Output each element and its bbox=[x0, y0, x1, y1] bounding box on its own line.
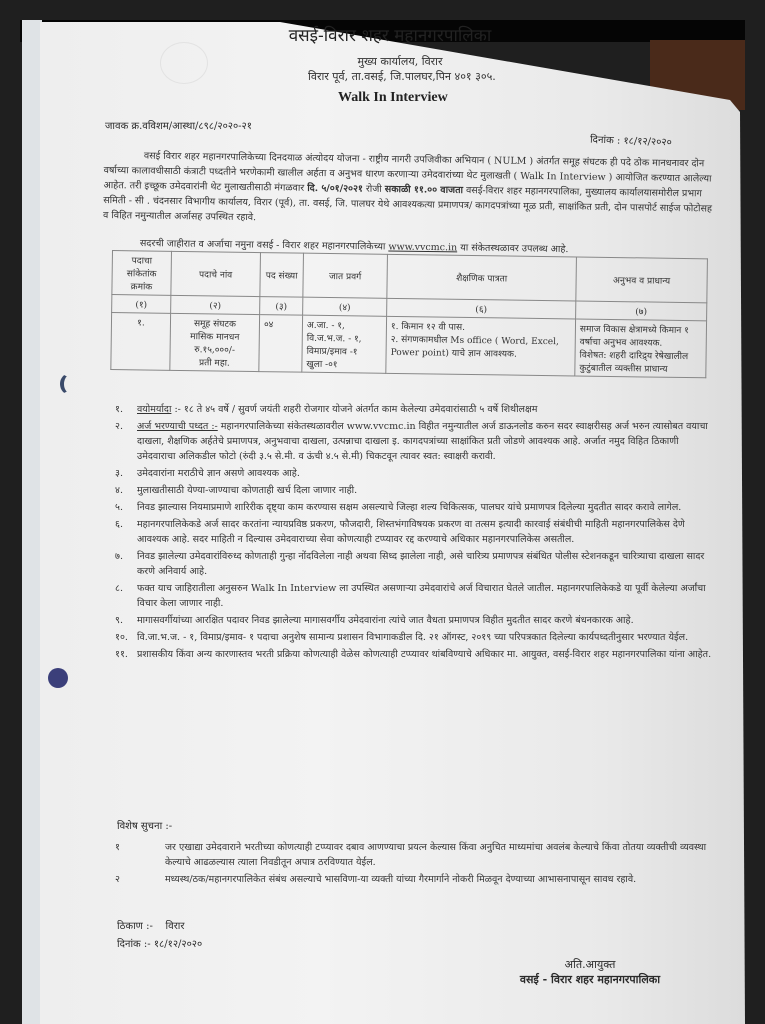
col-number: (१) bbox=[112, 295, 171, 314]
reference-number: जावक क्र.वविशम/आस्था/८९८/२०२०-२१ bbox=[105, 120, 252, 133]
condition-label: वयोमर्यादा bbox=[137, 404, 171, 415]
office-address: विरार पूर्व, ता.वसई, जि.पालघर,पिन ४०१ ३०… bbox=[308, 70, 496, 83]
condition-text: महानगरपालिकेकडे अर्ज सादर करतांना न्यायप… bbox=[137, 517, 715, 547]
intro-text-mid: रोजी bbox=[366, 184, 382, 195]
col-header-category: जात प्रवर्ग bbox=[303, 253, 388, 298]
condition-label: अर्ज भरण्याची पध्दत :- bbox=[137, 421, 218, 432]
col-header-qualification: शैक्षणिक पात्रता bbox=[387, 254, 577, 301]
special-notes-heading: विशेष सुचना :- bbox=[117, 820, 172, 833]
condition-text: महानगरपालिकेच्या संकेतस्थळावरील www.vvcm… bbox=[137, 421, 708, 462]
condition-text: उमेदवारांना मराठीचे ज्ञान असणे आवश्यक आह… bbox=[137, 466, 300, 481]
condition-item: ११.प्रशासकीय किंवा अन्य कारणास्तव भरती प… bbox=[115, 647, 715, 662]
condition-text: प्रशासकीय किंवा अन्य कारणास्तव भरती प्रक… bbox=[137, 647, 711, 662]
special-note-text: जर एखाद्या उमेदवाराने भरतीच्या कोणत्याही… bbox=[165, 840, 715, 870]
intro-paragraph: वसई विरार शहर महानगरपालिकेच्या दिनदयाळ अ… bbox=[103, 148, 714, 232]
condition-item: ७.निवड झालेल्या उमेदवारांविरुध्द कोणताही… bbox=[115, 549, 715, 579]
condition-text: फक्त याच जाहिरातीला अनुसरुन Walk In Inte… bbox=[137, 581, 715, 611]
condition-number: ७. bbox=[115, 549, 137, 579]
post-salary-label: मासिक मानधन bbox=[175, 329, 255, 343]
signatory-title: अति.आयुक्त bbox=[500, 958, 680, 971]
punch-hole-mark bbox=[60, 373, 80, 395]
condition-number: १. bbox=[115, 402, 137, 417]
document-title: Walk In Interview bbox=[338, 91, 448, 104]
date-value: १८/१२/२०२० bbox=[154, 939, 202, 950]
condition-number: ४. bbox=[115, 483, 137, 498]
category-line: अ.जा. - १, bbox=[307, 318, 382, 332]
category-line: खुला -०१ bbox=[306, 357, 381, 371]
condition-item: ९.मागासवर्गीयांच्या आरक्षित पदावर निवड झ… bbox=[115, 613, 715, 628]
experience-line: विशेषत: शहरी दारिद्र्य रेषेखालील कुटुंबा… bbox=[579, 348, 701, 376]
condition-number: ३. bbox=[115, 466, 137, 481]
reference-date: दिनांक : १८/१२/२०२० bbox=[590, 134, 672, 150]
condition-number: ८. bbox=[115, 581, 137, 611]
special-notes-list: १जर एखाद्या उमेदवाराने भरतीच्या कोणत्याह… bbox=[115, 840, 715, 889]
date-line: दिनांक :- १८/१२/२०२० bbox=[117, 938, 202, 951]
posts-table: पदाचा सांकेतांक क्रमांक पदाचे नांव पद सं… bbox=[110, 250, 708, 378]
condition-text: :- १८ ते ४५ वर्षे / सुवर्ण जयंती शहरी रो… bbox=[174, 404, 537, 415]
table-row: १. समूह संघटक मासिक मानधन रु.१५,०००/- प्… bbox=[111, 313, 707, 378]
condition-item: ५.निवड झाल्यास नियमाप्रमाणे शारिरीक दृष्… bbox=[115, 500, 715, 515]
place-line: ठिकाण :- विरार bbox=[117, 920, 184, 933]
date-label: दिनांक :- bbox=[117, 939, 151, 950]
cell-code: १. bbox=[111, 313, 171, 371]
col-header-code: पदाचा सांकेतांक क्रमांक bbox=[112, 251, 172, 296]
cell-experience: समाज विकास क्षेत्रामध्ये किमान १ वर्षाचा… bbox=[575, 319, 707, 378]
condition-text: निवड झालेल्या उमेदवारांविरुध्द कोणताही ग… bbox=[137, 549, 715, 579]
special-note-number: २ bbox=[115, 872, 165, 887]
signatory-org: वसई - विरार शहर महानगरपालिका bbox=[490, 973, 690, 986]
col-number: (३) bbox=[260, 297, 303, 316]
condition-item: २.अर्ज भरण्याची पध्दत :- महानगरपालिकेच्य… bbox=[115, 419, 715, 464]
condition-number: ११. bbox=[115, 647, 137, 662]
office-name: मुख्य कार्यालय, विरार bbox=[280, 55, 520, 68]
experience-line: समाज विकास क्षेत्रामध्ये किमान १ वर्षाचा… bbox=[580, 322, 702, 350]
condition-number: ६. bbox=[115, 517, 137, 547]
special-note-text: मध्यस्थ/ठक/महानगरपालिकेत संबंध असल्याचे … bbox=[165, 872, 636, 887]
condition-item: ३.उमेदवारांना मराठीचे ज्ञान असणे आवश्यक … bbox=[115, 466, 715, 481]
cell-qualification: १. किमान १२ वी पास. २. संगणकामधील Ms off… bbox=[386, 316, 576, 376]
condition-text: मागासवर्गीयांच्या आरक्षित पदावर निवड झाल… bbox=[137, 613, 634, 628]
special-note-item: २मध्यस्थ/ठक/महानगरपालिकेत संबंध असल्याचे… bbox=[115, 872, 715, 887]
website-link[interactable]: www.vvcmc.in bbox=[388, 241, 457, 253]
special-note-number: १ bbox=[115, 840, 165, 870]
condition-text: मुलाखतीसाठी येण्या-जाण्याचा कोणताही खर्च… bbox=[137, 483, 357, 498]
place-value: विरार bbox=[166, 921, 185, 932]
post-name: समूह संघटक bbox=[175, 316, 255, 330]
col-header-post: पदाचे नांव bbox=[171, 251, 261, 296]
cell-category: अ.जा. - १, वि.ज.भ.ज. - १, विमाप्र/इमाव -… bbox=[302, 315, 387, 373]
condition-number: २. bbox=[115, 419, 137, 464]
col-number: (४) bbox=[303, 297, 387, 316]
post-salary-period: प्रती महा. bbox=[174, 355, 254, 369]
post-salary: रु.१५,०००/- bbox=[175, 342, 255, 356]
col-number: (७) bbox=[576, 301, 707, 321]
place-label: ठिकाण :- bbox=[117, 921, 153, 932]
website-line-end: या संकेतस्थळावर उपलब्ध आहे. bbox=[460, 242, 568, 255]
condition-item: १.वयोमर्यादा :- १८ ते ४५ वर्षे / सुवर्ण … bbox=[115, 402, 715, 417]
org-name: वसई-विरार शहर महानगरपालिका bbox=[240, 30, 540, 43]
col-header-experience: अनुभव व प्राधान्य bbox=[576, 257, 708, 303]
condition-item: ८.फक्त याच जाहिरातीला अनुसरुन Walk In In… bbox=[115, 581, 715, 611]
condition-number: ५. bbox=[115, 500, 137, 515]
condition-text: वि.जा.भ.ज. - १, विमाप्र/इमाव- १ पदाचा अन… bbox=[137, 630, 688, 645]
interview-time: सकाळी ११.०० वाजता bbox=[385, 184, 463, 196]
condition-item: ६.महानगरपालिकेकडे अर्ज सादर करतांना न्या… bbox=[115, 517, 715, 547]
photo-left-edge bbox=[22, 20, 42, 1024]
ink-dot-mark bbox=[48, 668, 68, 688]
cell-count: ०४ bbox=[259, 315, 303, 373]
conditions-list: १.वयोमर्यादा :- १८ ते ४५ वर्षे / सुवर्ण … bbox=[115, 402, 715, 664]
cell-post: समूह संघटक मासिक मानधन रु.१५,०००/- प्रती… bbox=[170, 313, 260, 371]
condition-item: ४.मुलाखतीसाठी येण्या-जाण्याचा कोणताही खर… bbox=[115, 483, 715, 498]
col-number: (२) bbox=[171, 295, 260, 314]
condition-number: १०. bbox=[115, 630, 137, 645]
emblem-seal-icon bbox=[160, 42, 208, 84]
interview-date: दि. ५/०१/२०२१ bbox=[307, 183, 363, 195]
condition-item: १०.वि.जा.भ.ज. - १, विमाप्र/इमाव- १ पदाचा… bbox=[115, 630, 715, 645]
qualification-line: २. संगणकामधील Ms office ( Word, Excel, P… bbox=[391, 332, 571, 361]
category-line: विमाप्र/इमाव -१ bbox=[307, 344, 382, 358]
condition-text: निवड झाल्यास नियमाप्रमाणे शारिरीक दृष्ट्… bbox=[137, 500, 681, 515]
category-line: वि.ज.भ.ज. - १, bbox=[307, 331, 382, 345]
col-header-count: पद संख्या bbox=[260, 253, 304, 298]
special-note-item: १जर एखाद्या उमेदवाराने भरतीच्या कोणत्याह… bbox=[115, 840, 715, 870]
condition-number: ९. bbox=[115, 613, 137, 628]
